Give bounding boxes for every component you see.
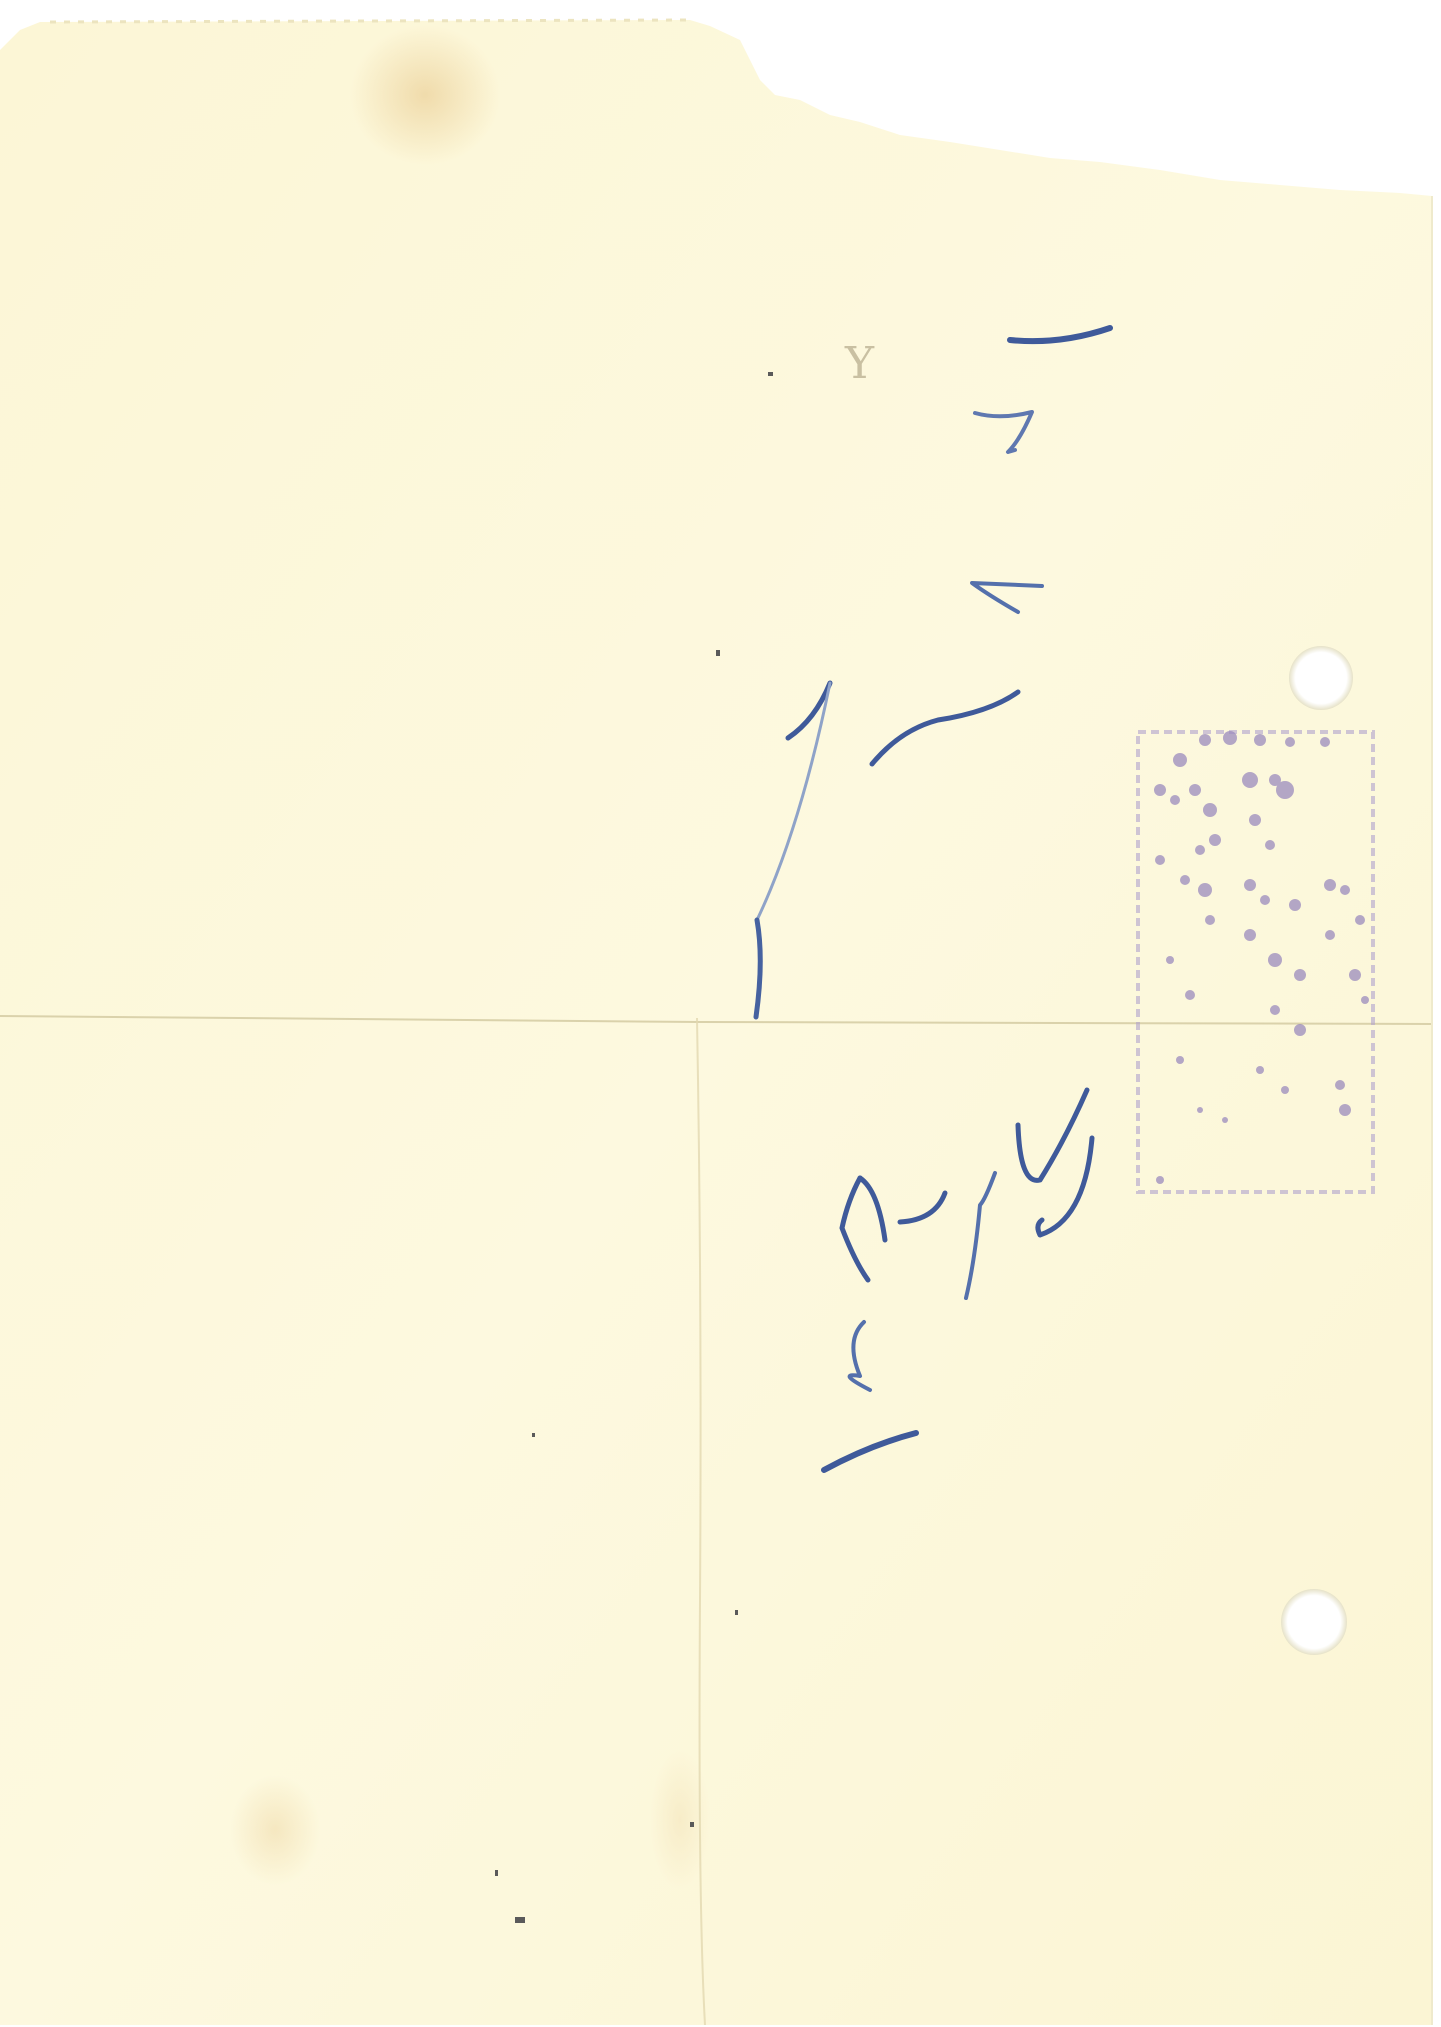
scanned-page: Y	[0, 0, 1441, 2027]
punch-hole-bottom	[1281, 1589, 1347, 1655]
stain-top	[350, 25, 500, 165]
punch-hole-top	[1289, 646, 1353, 710]
stain-bottom-left	[230, 1775, 320, 1885]
printed-mark: Y	[844, 338, 875, 389]
